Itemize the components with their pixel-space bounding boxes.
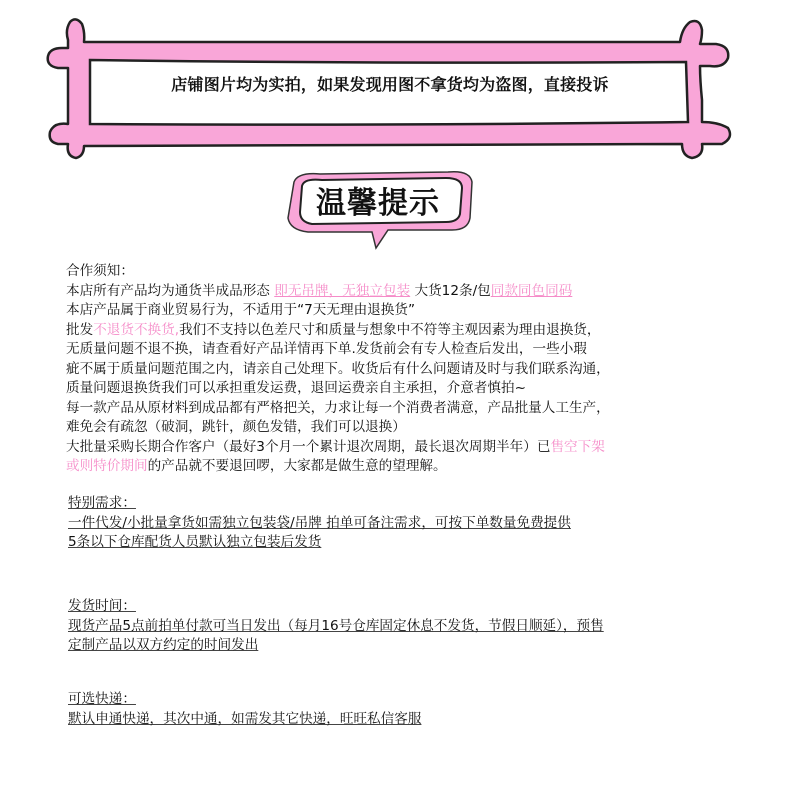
text-segment: 质量问题退换货我们可以承担重发运费，退回运费亲自主承担，介意者慎拍~ <box>66 380 526 396</box>
cooperation-line: 本店所有产品均为通货半成品形态 即无吊牌，无独立包装 大货12条/包同款同色同码 <box>66 282 706 302</box>
text-segment: 疵不属于质量问题范围之内，请亲自己处理下。收货后有什么问题请及时与我们联系沟通， <box>66 361 610 377</box>
highlighted-text: 或则特价期间 <box>66 458 148 474</box>
special-heading: 特别需求： <box>68 494 136 514</box>
shipping-line: 定制产品以双方约定的时间发出 <box>68 636 604 656</box>
text-segment: 大批量采购长期合作客户（最好3个月一个累计退次周期，最长退次周期半年）已 <box>66 439 550 455</box>
special-requests-section: 特别需求： 一件代发/小批量拿货如需独立包装袋/吊牌 拍单可备注需求，可按下单数… <box>68 494 571 553</box>
courier-heading: 可选快递： <box>68 690 136 710</box>
cooperation-line: 批发不退货不换货,我们不支持以色差尺寸和质量与想象中不符等主观因素为理由退换货， <box>66 321 706 341</box>
tips-bubble: 温馨提示 <box>280 168 480 258</box>
special-line: 一件代发/小批量拿货如需独立包装袋/吊牌 拍单可备注需求，可按下单数量免费提供 <box>68 514 571 534</box>
cooperation-line: 本店产品属于商业贸易行为，不适用于“7天无理由退换货” <box>66 301 706 321</box>
banner-frame: 店铺图片均为实拍，如果发现用图不拿货均为盗图，直接投诉 <box>40 10 740 160</box>
text-segment: 的产品就不要退回啰，大家都是做生意的望理解。 <box>148 458 447 474</box>
cooperation-line: 难免会有疏忽（破洞，跳针，颜色发错，我们可以退换） <box>66 418 706 438</box>
cooperation-heading: 合作须知： <box>66 262 706 282</box>
text-segment: 每一款产品从原材料到成品都有严格把关，力求让每一个消费者满意，产品批量人工生产， <box>66 400 610 416</box>
highlighted-text: 即无吊牌，无独立包装 <box>274 283 410 299</box>
cooperation-line: 大批量采购长期合作客户（最好3个月一个累计退次周期，最长退次周期半年）已售空下架 <box>66 438 706 458</box>
banner-text: 店铺图片均为实拍，如果发现用图不拿货均为盗图，直接投诉 <box>40 72 740 95</box>
highlighted-text: 售空下架 <box>550 439 604 455</box>
text-segment: 我们不支持以色差尺寸和质量与想象中不符等主观因素为理由退换货， <box>179 322 600 338</box>
shipping-heading: 发货时间： <box>68 597 136 617</box>
cooperation-line: 每一款产品从原材料到成品都有严格把关，力求让每一个消费者满意，产品批量人工生产， <box>66 399 706 419</box>
highlighted-text: 同款同色同码 <box>491 283 573 299</box>
cooperation-lines: 本店所有产品均为通货半成品形态 即无吊牌，无独立包装 大货12条/包同款同色同码… <box>66 282 706 477</box>
text-segment: 无质量问题不退不换，请查看好产品详情再下单.发货前会有专人检查后发出，一些小瑕 <box>66 341 587 357</box>
cooperation-line: 疵不属于质量问题范围之内，请亲自己处理下。收货后有什么问题请及时与我们联系沟通， <box>66 360 706 380</box>
special-line: 5条以下仓库配货人员默认独立包装后发货 <box>68 533 571 553</box>
text-segment: 难免会有疏忽（破洞，跳针，颜色发错，我们可以退换） <box>66 419 406 435</box>
courier-section: 可选快递： 默认申通快递，其次中通，如需发其它快递，旺旺私信客服 <box>68 690 421 729</box>
cooperation-line: 质量问题退换货我们可以承担重发运费，退回运费亲自主承担，介意者慎拍~ <box>66 379 706 399</box>
shipping-line: 现货产品5点前拍单付款可当日发出（每月16号仓库固定休息不发货，节假日顺延），预… <box>68 617 604 637</box>
tips-title: 温馨提示 <box>298 178 458 222</box>
text-segment: 大货12条/包 <box>410 283 491 299</box>
text-segment: 本店所有产品均为通货半成品形态 <box>66 283 274 299</box>
cooperation-notice: 合作须知： 本店所有产品均为通货半成品形态 即无吊牌，无独立包装 大货12条/包… <box>66 262 706 477</box>
courier-line: 默认申通快递，其次中通，如需发其它快递，旺旺私信客服 <box>68 710 421 730</box>
highlighted-text: 不退货不换货, <box>93 322 179 338</box>
cooperation-line: 或则特价期间的产品就不要退回啰，大家都是做生意的望理解。 <box>66 457 706 477</box>
text-segment: 批发 <box>66 322 93 338</box>
shipping-time-section: 发货时间： 现货产品5点前拍单付款可当日发出（每月16号仓库固定休息不发货，节假… <box>68 597 604 656</box>
text-segment: 本店产品属于商业贸易行为，不适用于“7天无理由退换货” <box>66 302 415 318</box>
cooperation-line: 无质量问题不退不换，请查看好产品详情再下单.发货前会有专人检查后发出，一些小瑕 <box>66 340 706 360</box>
